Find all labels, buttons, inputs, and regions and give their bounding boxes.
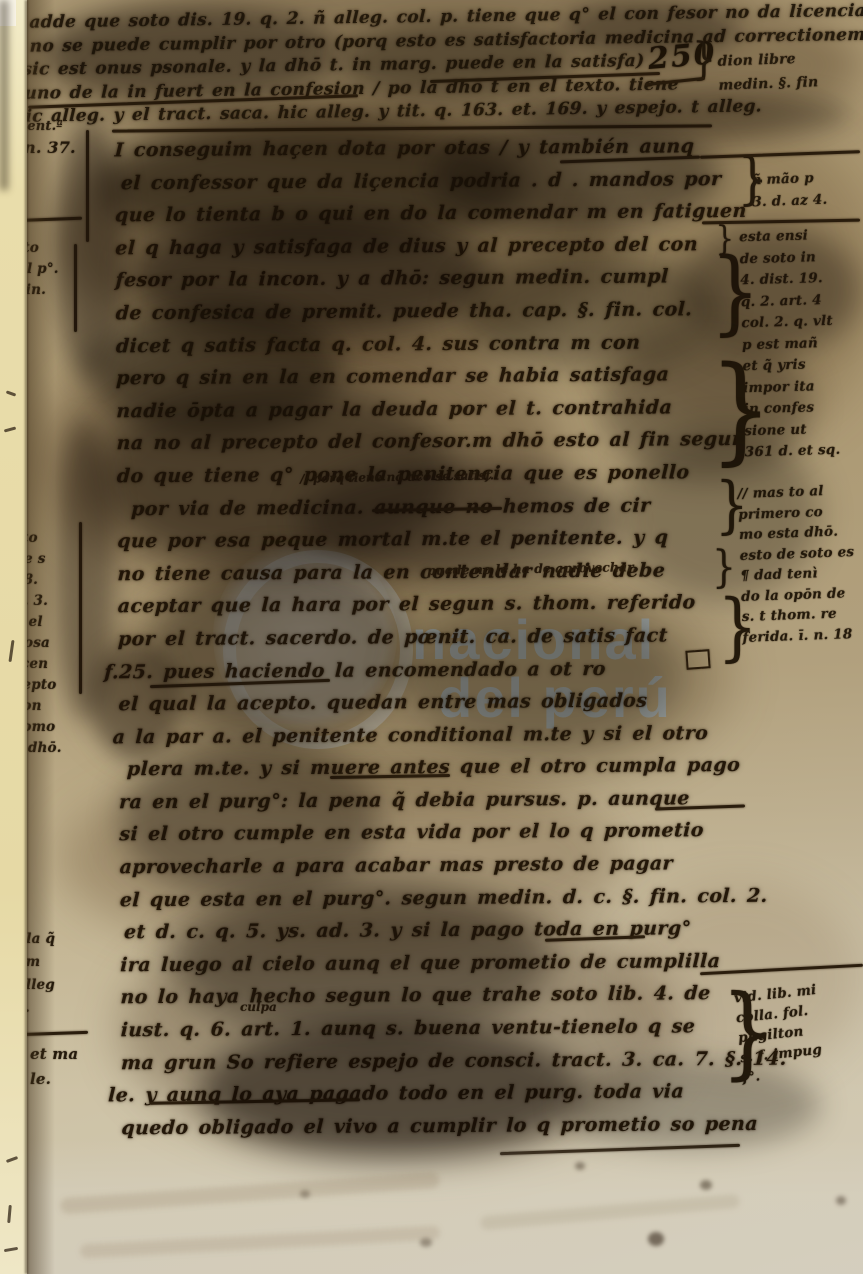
foxing-spot: [300, 1190, 310, 1198]
edge-shadow: [0, 0, 8, 190]
stain: [90, 640, 180, 760]
brace-glyph: }: [718, 590, 758, 664]
stain: [300, 460, 620, 580]
stain: [120, 740, 380, 900]
stain: [620, 430, 820, 600]
ink-box-mark: [685, 649, 710, 670]
stain: [150, 560, 410, 740]
margin-note-line: ferida. ī. n. 18: [742, 623, 857, 647]
adjacent-page-edge: [0, 0, 27, 1274]
foxing-spot: [648, 1232, 664, 1246]
stain: [200, 1020, 580, 1160]
stain: [460, 250, 720, 370]
foxing-spot: [420, 1238, 432, 1247]
stain: [55, 120, 125, 380]
stain: [560, 1060, 820, 1150]
stain: [400, 600, 680, 750]
manuscript-page: nacional del perú adde que soto dis. 19.…: [0, 0, 863, 1274]
stain: [40, 5, 340, 100]
foxing-spot: [575, 1162, 585, 1170]
foxing-spot: [700, 1180, 712, 1190]
stain: [560, 0, 740, 60]
margin-note-line: dion libre: [717, 46, 818, 73]
gutter-shadow: [27, 0, 55, 1274]
foxing-spot: [836, 1196, 846, 1205]
stain: [170, 880, 550, 1040]
brace-glyph: }: [738, 152, 768, 208]
stain: [340, 20, 570, 100]
right-margin-note: dion libremedin. §. fin: [717, 46, 819, 97]
stain: [430, 120, 720, 230]
